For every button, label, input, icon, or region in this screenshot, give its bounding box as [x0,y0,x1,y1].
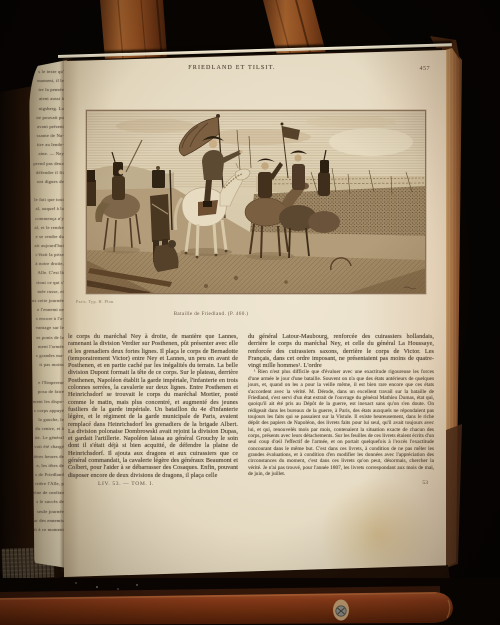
signature-left: LIV. 53. — TOM. I. [68,481,238,488]
engraving-plate [86,110,426,294]
footnote-text: ¹ Rien n'est plus difficile que d'évalue… [248,369,434,477]
column-left: le corps du maréchal Ney à droite, de ma… [68,333,238,489]
signature-right: 53 [248,480,434,487]
engraving-caption: Bataille de Friedland. (P. 460.) [64,311,446,317]
column-right: du général Latour-Maubourg, renforcée de… [248,333,434,489]
page-number: 457 [420,65,430,72]
book-photo-scene: s le texte qu' mament, il le tre la pens… [0,0,500,625]
left-column-text: le corps du maréchal Ney à droite, de ma… [68,333,238,479]
print-credit: Paris. Typ. H. Plon. [76,299,115,304]
right-page: FRIEDLAND ET TILSIT. 457 [64,50,446,577]
text-columns: le corps du maréchal Ney à droite, de ma… [68,333,440,489]
stand-ledge [0,578,500,625]
ledge-screw [333,600,349,621]
running-head-title: FRIEDLAND ET TILSIT. [64,65,446,71]
right-column-text: du général Latour-Maubourg, renforcée de… [248,333,434,369]
